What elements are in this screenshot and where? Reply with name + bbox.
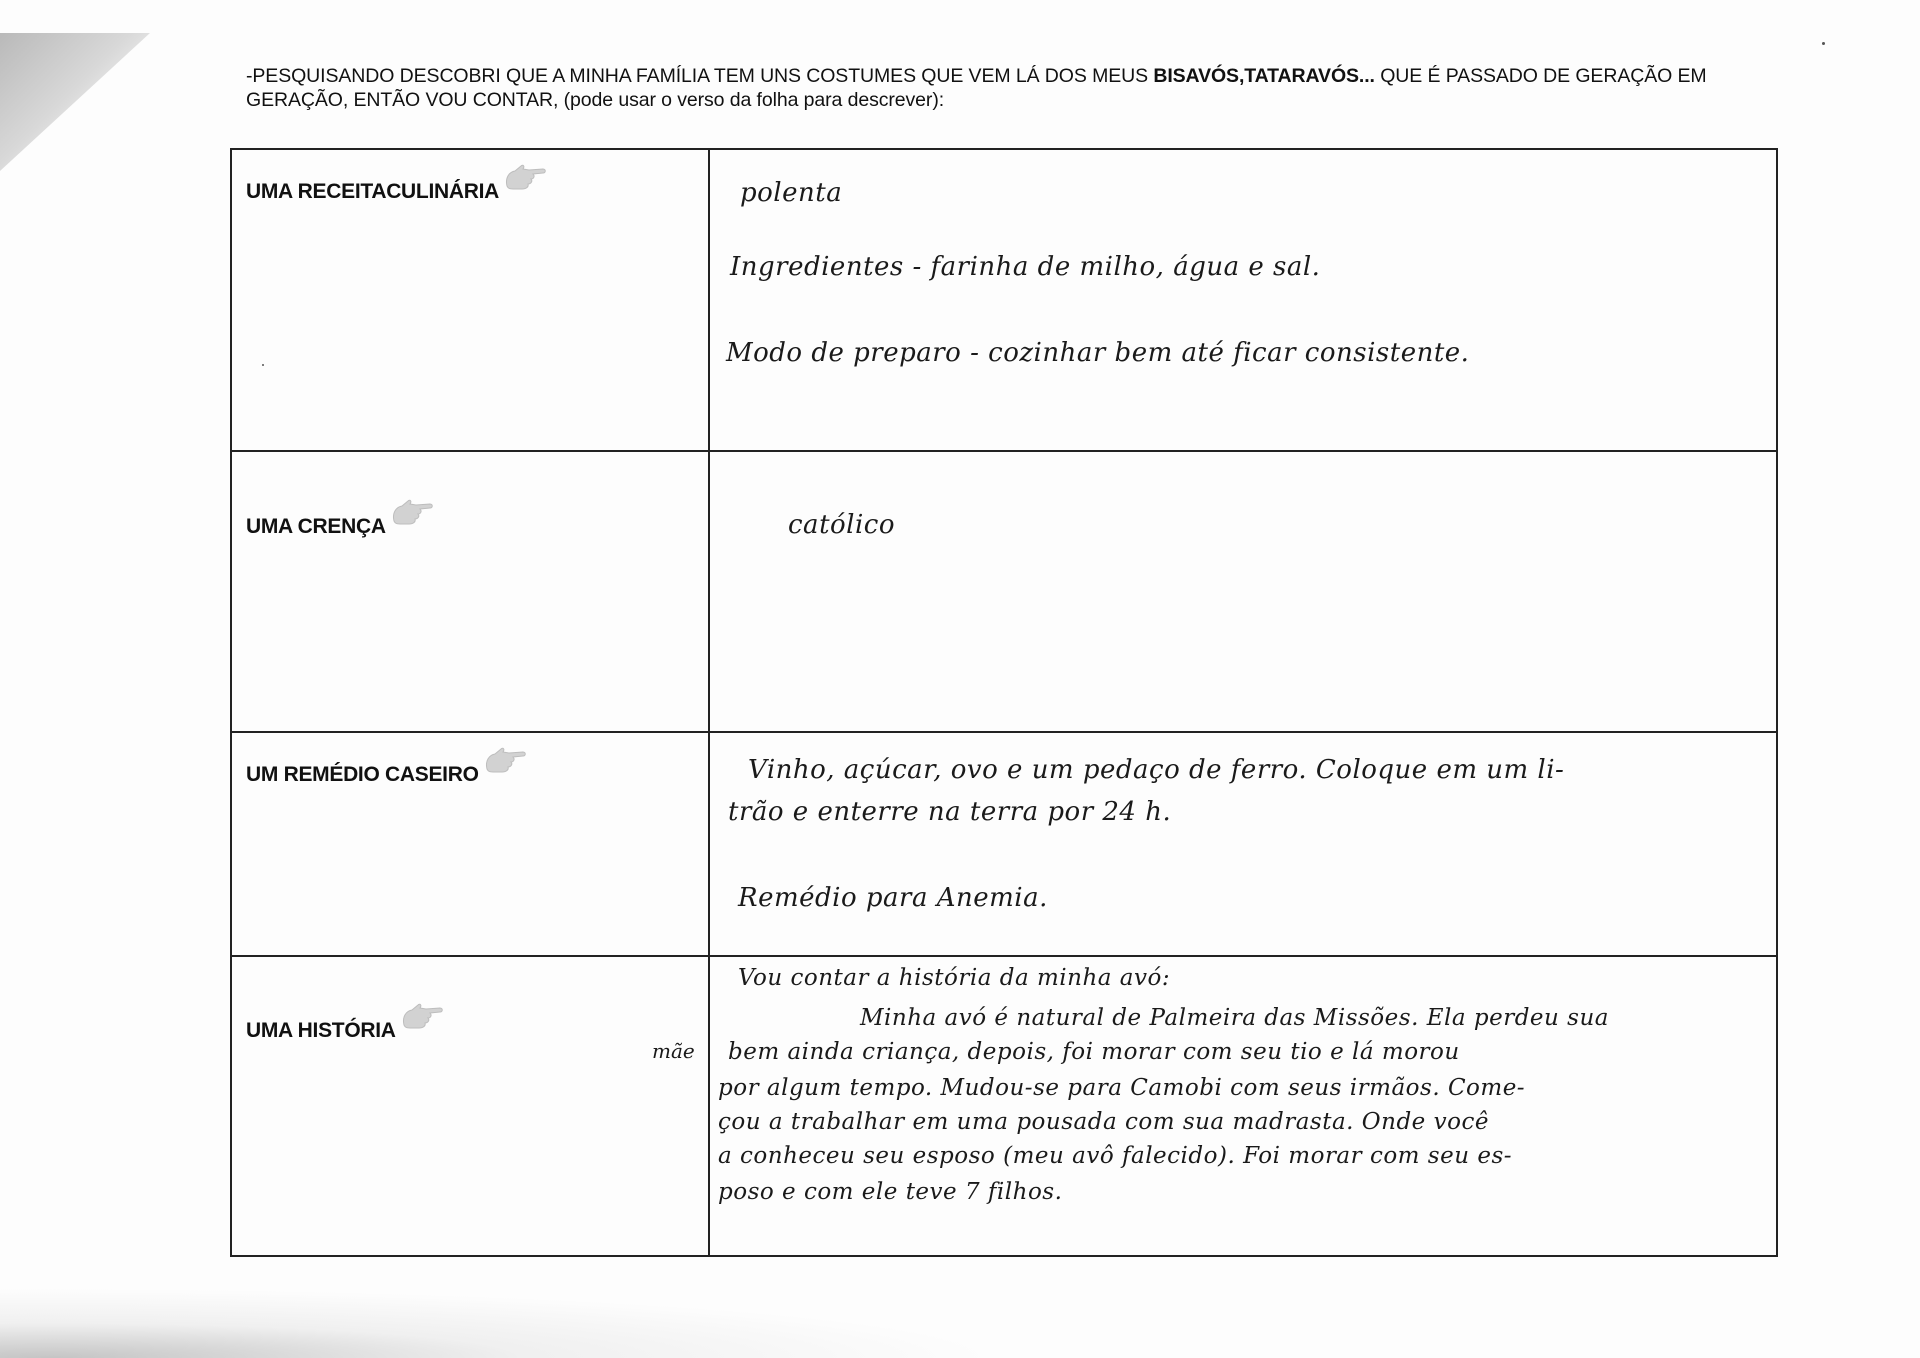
- table-row-story: UMA HISTÓRIA mãe Vou contar a história d…: [231, 956, 1777, 1256]
- handwritten-answer: Vinho, açúcar, ovo e um pedaço de ferro.…: [748, 755, 1564, 785]
- row-label-text: UMA RECEITACULINÁRIA: [246, 180, 499, 203]
- handwritten-answer: a conheceu seu esposo (meu avô falecido)…: [718, 1143, 1512, 1169]
- label-cell: UMA RECEITACULINÁRIA: [231, 149, 709, 451]
- row-label-text: UM REMÉDIO CASEIRO: [246, 763, 479, 786]
- scan-speck: [1822, 42, 1825, 45]
- table-row-belief: UMA CRENÇA católico: [231, 451, 1777, 732]
- row-label-text: UMA CRENÇA: [246, 515, 386, 538]
- handwritten-answer: poso e com ele teve 7 filhos.: [718, 1179, 1062, 1205]
- intro-bold-text: BISAVÓS,TATARAVÓS...: [1153, 65, 1375, 87]
- intro-instructions: -PESQUISANDO DESCOBRI QUE A MINHA FAMÍLI…: [246, 64, 1806, 112]
- intro-text: -PESQUISANDO DESCOBRI QUE A MINHA FAMÍLI…: [246, 65, 1153, 87]
- pointing-hand-icon: [483, 745, 527, 775]
- row-label-text: UMA HISTÓRIA: [246, 1019, 396, 1042]
- answer-cell: Vinho, açúcar, ovo e um pedaço de ferro.…: [709, 732, 1777, 956]
- handwritten-answer: polenta: [740, 178, 842, 208]
- handwritten-answer: por algum tempo. Mudou-se para Camobi co…: [718, 1075, 1525, 1101]
- row-label-recipe: UMA RECEITACULINÁRIA: [246, 180, 547, 210]
- handwritten-answer: çou a trabalhar em uma pousada com sua m…: [718, 1109, 1489, 1135]
- table-row-recipe: UMA RECEITACULINÁRIA polenta Ingrediente…: [231, 149, 1777, 451]
- family-customs-table: UMA RECEITACULINÁRIA polenta Ingrediente…: [230, 148, 1778, 1257]
- handwritten-answer: católico: [788, 510, 895, 540]
- handwritten-answer: trão e enterre na terra por 24 h.: [728, 797, 1171, 827]
- answer-cell: católico: [709, 451, 1777, 732]
- table-row-home-remedy: UM REMÉDIO CASEIRO Vinho, açúcar, ovo e …: [231, 732, 1777, 956]
- scan-corner-shadow: [0, 33, 150, 171]
- label-cell: UMA CRENÇA: [231, 451, 709, 732]
- scan-bottom-shadow: [0, 1288, 1000, 1358]
- handwritten-answer: Modo de preparo - cozinhar bem até ficar…: [726, 338, 1469, 368]
- row-label-story: UMA HISTÓRIA: [246, 1019, 444, 1049]
- handwritten-margin-note: mãe: [652, 1039, 695, 1063]
- handwritten-answer: Ingredientes - farinha de milho, água e …: [730, 252, 1320, 282]
- handwritten-answer: Remédio para Anemia.: [738, 883, 1048, 913]
- row-label-home-remedy: UM REMÉDIO CASEIRO: [246, 763, 527, 793]
- handwritten-answer: Vou contar a história da minha avó:: [738, 965, 1170, 991]
- pointing-hand-icon: [390, 497, 434, 527]
- handwritten-answer: Minha avó é natural de Palmeira das Miss…: [860, 1005, 1609, 1031]
- answer-cell: polenta Ingredientes - farinha de milho,…: [709, 149, 1777, 451]
- pointing-hand-icon: [503, 162, 547, 192]
- row-label-belief: UMA CRENÇA: [246, 515, 434, 545]
- label-cell: UM REMÉDIO CASEIRO: [231, 732, 709, 956]
- label-cell: UMA HISTÓRIA: [231, 956, 709, 1256]
- pointing-hand-icon: [400, 1001, 444, 1031]
- answer-cell: mãe Vou contar a história da minha avó: …: [709, 956, 1777, 1256]
- handwritten-answer: bem ainda criança, depois, foi morar com…: [728, 1039, 1460, 1065]
